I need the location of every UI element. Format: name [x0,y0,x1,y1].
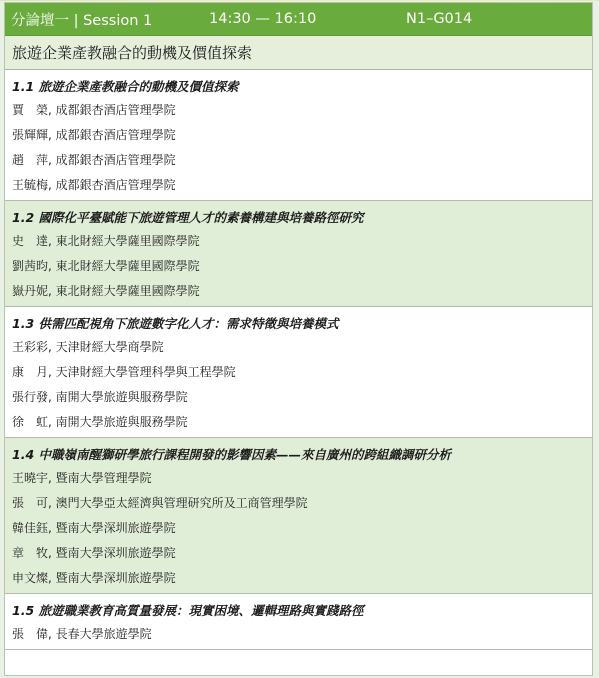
paper-entry-4: 1.4 中職嶺南醒獅研學旅行課程開發的影響因素——來自廣州的跨組織調研分析 王曉… [5,438,592,594]
author-line: 王曉宇, 暨南大學管理學院 [12,466,592,491]
paper-title: 1.2 國際化平臺賦能下旅遊管理人才的素養構建與培養路徑研究 [12,207,592,229]
paper-entry-3: 1.3 供需匹配視角下旅遊數字化人才：需求特徵與培養模式 王彩彩, 天津財經大學… [5,307,592,438]
author-line: 王毓梅, 成都銀杏酒店管理學院 [12,173,592,198]
session-header: 分論壇一 | Session 1 14:30 — 16:10 N1–G014 [5,3,592,36]
paper-title: 1.3 供需匹配視角下旅遊數字化人才：需求特徵與培養模式 [12,313,592,335]
author-line: 劉茜昀, 東北財經大學薩里國際學院 [12,254,592,279]
author-line: 張 偉, 長春大學旅遊學院 [12,622,592,647]
author-line: 趙 萍, 成都銀杏酒店管理學院 [12,148,592,173]
paper-title: 1.1 旅遊企業產教融合的動機及價值探索 [12,76,592,98]
author-line: 史 達, 東北財經大學薩里國際學院 [12,229,592,254]
session-label: 分論壇一 | Session 1 [11,9,209,30]
author-line: 嶽丹妮, 東北財經大學薩里國際學院 [12,279,592,304]
author-line: 張行發, 南開大學旅遊與服務學院 [12,385,592,410]
author-line: 章 牧, 暨南大學深圳旅遊學院 [12,541,592,566]
author-line: 康 月, 天津財經大學管理科學與工程學院 [12,360,592,385]
author-line: 張 可, 澳門大學亞太經濟與管理研究所及工商管理學院 [12,491,592,516]
paper-entry-2: 1.2 國際化平臺賦能下旅遊管理人才的素養構建與培養路徑研究 史 達, 東北財經… [5,201,592,307]
author-line: 申文燦, 暨南大學深圳旅遊學院 [12,566,592,591]
author-line: 韓佳鈺, 暨南大學深圳旅遊學院 [12,516,592,541]
paper-title: 1.5 旅遊職業教育高質量發展：現實困境、邏輯理路與實踐路徑 [12,600,592,622]
author-line: 徐 虹, 南開大學旅遊與服務學院 [12,410,592,435]
author-line: 賈 榮, 成都銀杏酒店管理學院 [12,98,592,123]
author-line: 張輝輝, 成都銀杏酒店管理學院 [12,123,592,148]
top-decorative-strip [0,0,599,1]
session-schedule-table: 分論壇一 | Session 1 14:30 — 16:10 N1–G014 旅… [4,2,593,676]
session-theme-title: 旅遊企業產教融合的動機及價值探索 [5,36,592,70]
session-room: N1–G014 [406,11,472,27]
paper-entry-1: 1.1 旅遊企業產教融合的動機及價值探索 賈 榮, 成都銀杏酒店管理學院 張輝輝… [5,70,592,201]
session-time: 14:30 — 16:10 [209,11,406,27]
paper-title: 1.4 中職嶺南醒獅研學旅行課程開發的影響因素——來自廣州的跨組織調研分析 [12,444,592,466]
author-line: 王彩彩, 天津財經大學商學院 [12,335,592,360]
paper-entry-5: 1.5 旅遊職業教育高質量發展：現實困境、邏輯理路與實踐路徑 張 偉, 長春大學… [5,594,592,650]
